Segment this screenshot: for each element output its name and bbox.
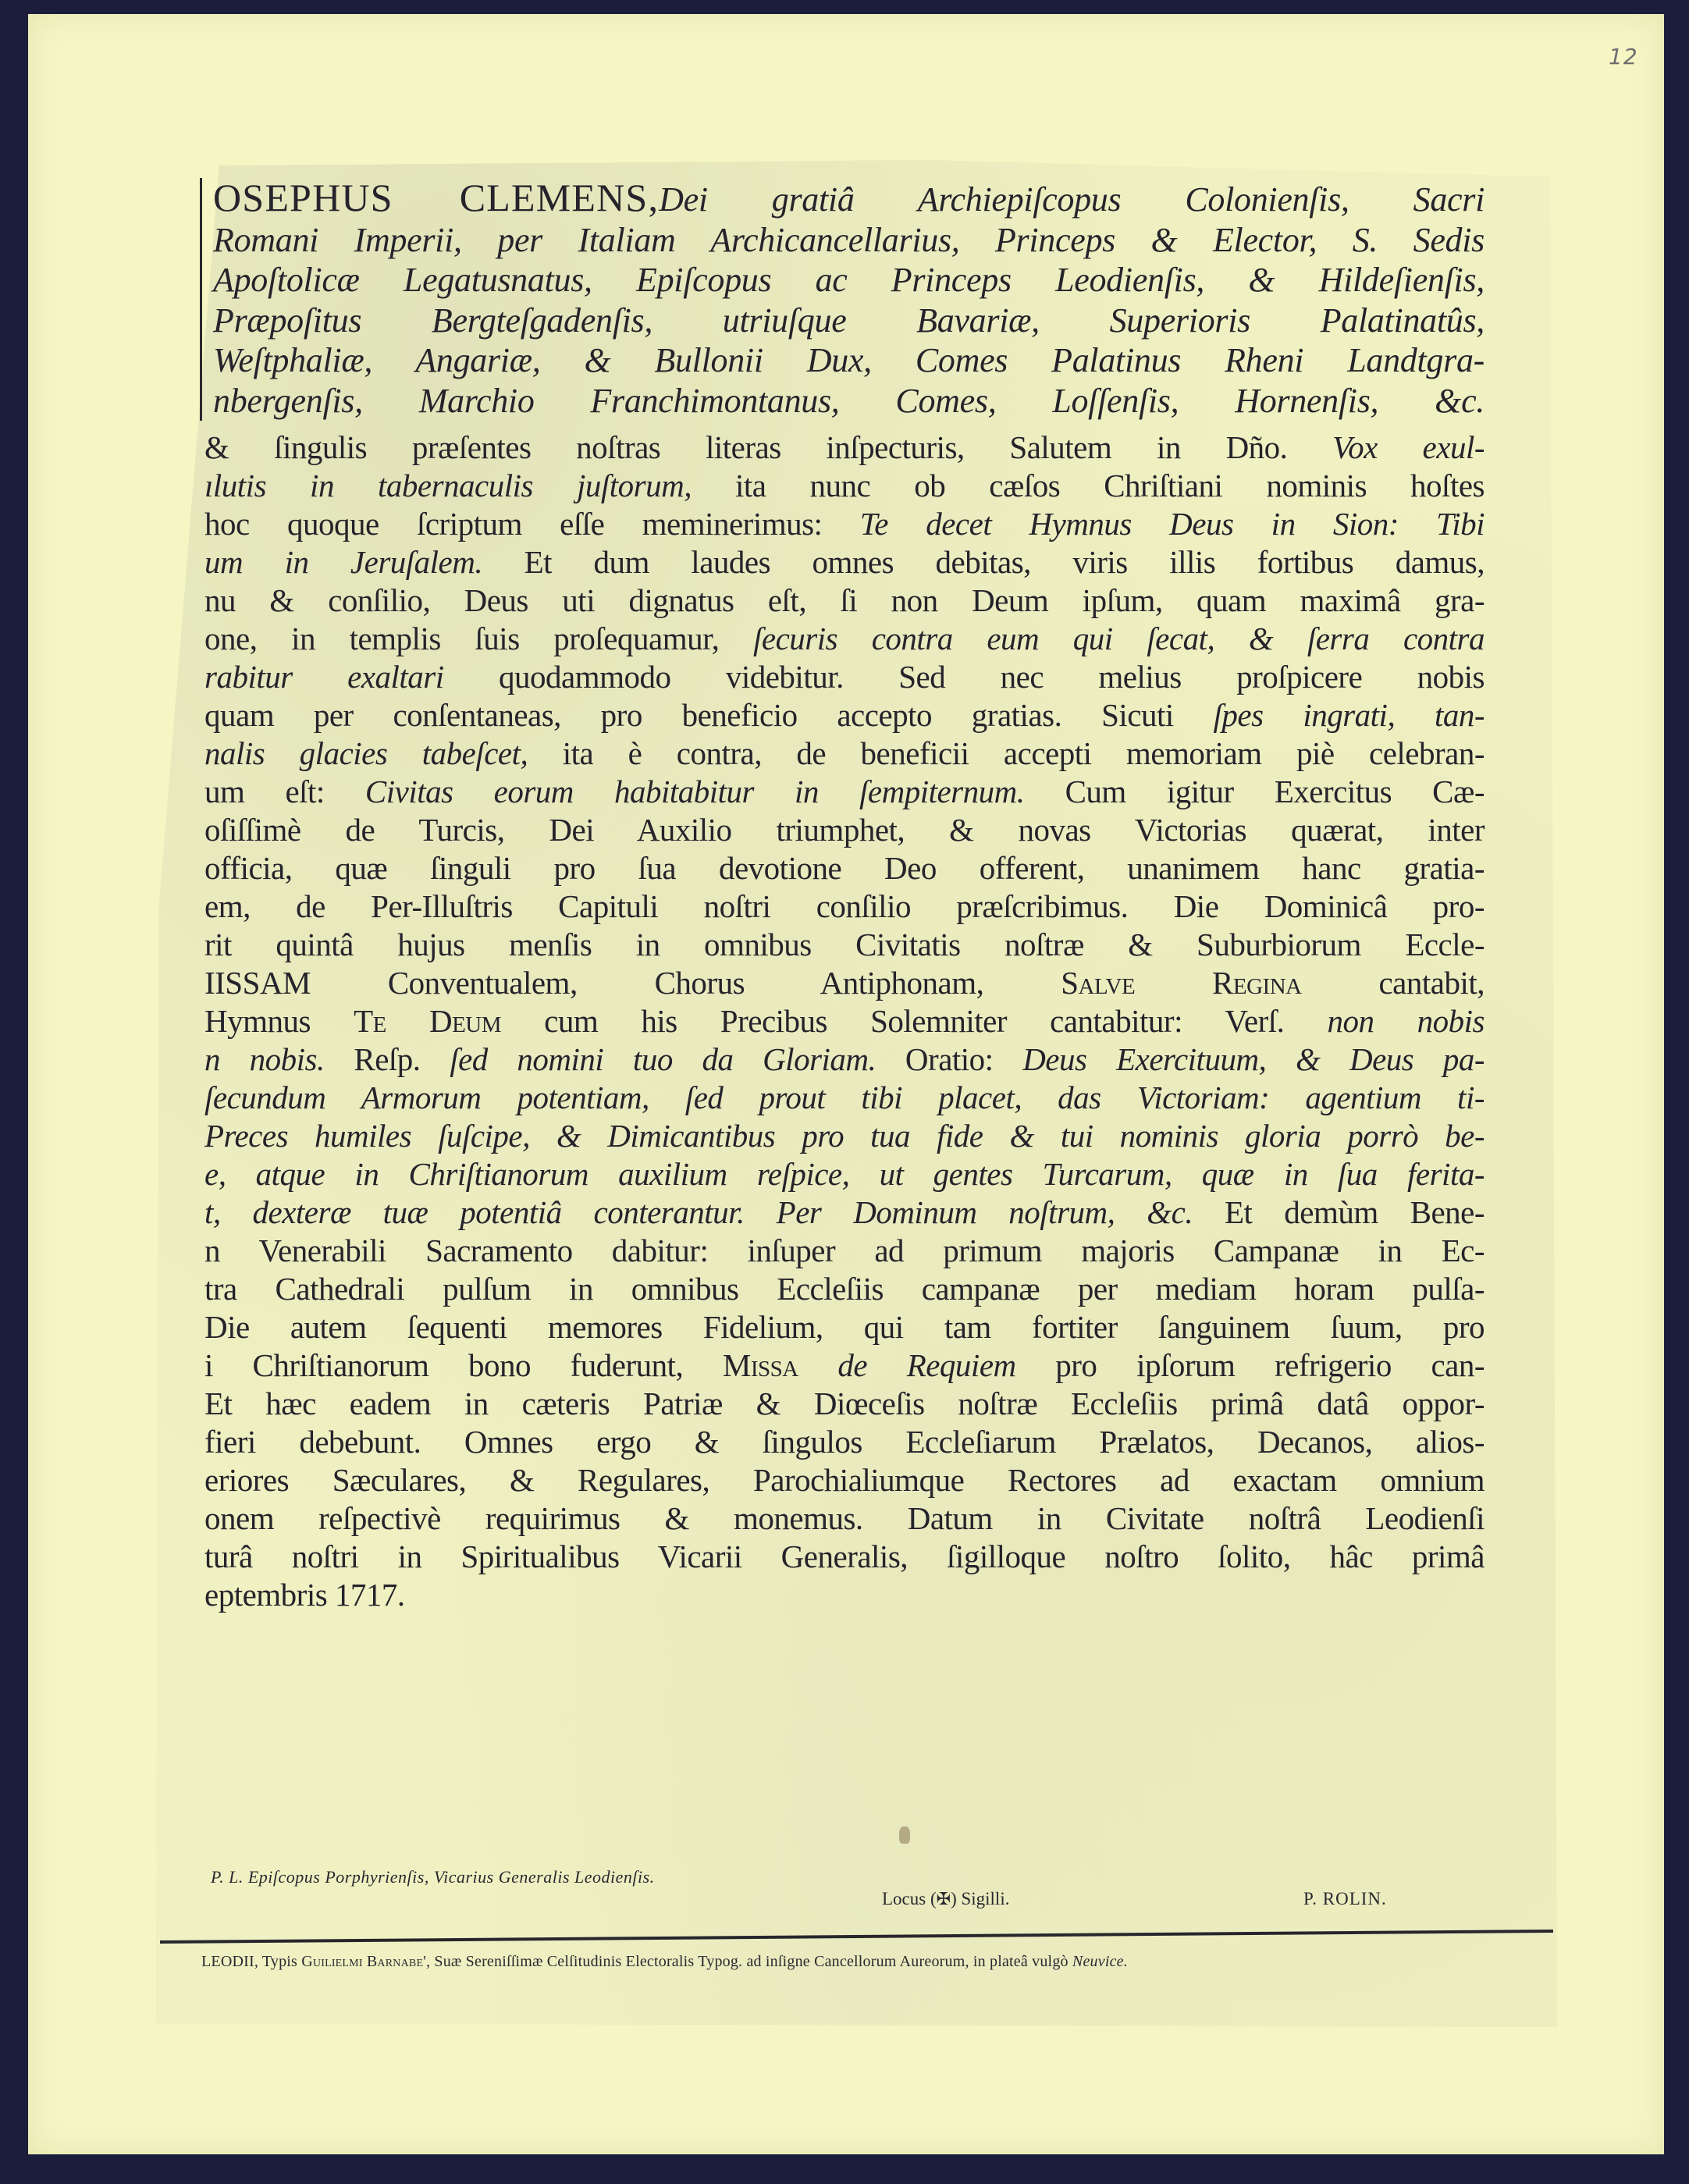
- heading-line-1-text: Dei gratiâ Archiepiſcopus Colonienſis, S…: [659, 180, 1485, 219]
- body-line: onem reſpectivè requirimus & monemus. Da…: [204, 1499, 1485, 1538]
- italic-text: Te decet Hymnus Deus in Sion: Tibi: [860, 506, 1485, 542]
- roman-text: fieri debebunt. Omnes ergo & ſingulos Ec…: [204, 1424, 1485, 1460]
- body-line: um in Jeruſalem. Et dum laudes omnes deb…: [204, 543, 1485, 582]
- seal-location: Locus (✠) Sigilli.: [882, 1889, 1009, 1909]
- body-line: one, in templis ſuis proſequamur, ſecuri…: [204, 620, 1485, 658]
- italic-text: rabitur exaltari: [204, 659, 444, 695]
- italic-text: Civitas eorum habitabitur in ſempiternum…: [365, 774, 1025, 809]
- italic-text: ſecuris contra eum qui ſecat, & ſerra co…: [753, 621, 1485, 656]
- body-line: ılutis in tabernaculis juſtorum, ita nun…: [204, 467, 1485, 505]
- roman-text: Cum igitur Exercitus Cæ-: [1025, 774, 1485, 809]
- body-line: fieri debebunt. Omnes ergo & ſingulos Ec…: [204, 1423, 1485, 1461]
- roman-text: Die autem ſequenti memores Fidelium, qui…: [204, 1309, 1485, 1345]
- paper-stain: [899, 1827, 910, 1844]
- roman-text: tra Cathedrali pulſum in omnibus Eccleſi…: [204, 1271, 1485, 1307]
- body-line: eriores Sæculares, & Regulares, Parochia…: [204, 1461, 1485, 1499]
- elector-name: OSEPHUS CLEMENS,: [213, 176, 659, 219]
- imprint-details: , Suæ Sereniſſimæ Celſitudinis Electoral…: [426, 1953, 1072, 1970]
- roman-text: Et dum laudes omnes debitas, viris illis…: [482, 544, 1485, 580]
- small-caps-text: Salve Regina: [1061, 965, 1301, 1001]
- italic-text: ſecundum Armorum potentiam, ſed prout ti…: [204, 1080, 1485, 1115]
- body-line: i Chriſtianorum bono fuderunt, Missa de …: [204, 1346, 1485, 1385]
- vicar-general-signature: P. L. Epiſcopus Porphyrienſis, Vicarius …: [211, 1867, 655, 1887]
- body-line: oſiſſimè de Turcis, Dei Auxilio triumphe…: [204, 811, 1485, 849]
- italic-text: nalis glacies tabeſcet,: [204, 735, 528, 771]
- body-line: nalis glacies tabeſcet, ita è contra, de…: [204, 735, 1485, 773]
- body-line: n nobis. Reſp. ſed nomini tuo da Gloriam…: [204, 1040, 1485, 1079]
- body-line: t, dexteræ tuæ potentiâ conterantur. Per…: [204, 1193, 1485, 1232]
- italic-text: e, atque in Chriſtianorum auxilium reſpi…: [204, 1156, 1485, 1192]
- roman-text: eptembris 1717.: [204, 1577, 405, 1613]
- roman-text: nu & conſilio, Deus uti dignatus eſt, ſi…: [204, 582, 1485, 618]
- roman-text: cantabit,: [1302, 965, 1485, 1001]
- roman-text: em, de Per-Illuſtris Capituli noſtri con…: [204, 888, 1485, 924]
- body-line: officia, quæ ſinguli pro ſua devotione D…: [204, 849, 1485, 887]
- heading-line-5: Weſtphaliæ, Angariæ, & Bullonii Dux, Com…: [213, 340, 1485, 381]
- body-line: & ſingulis præſentes noſtras literas inſ…: [204, 429, 1485, 467]
- body-line: Hymnus Te Deum cum his Precibus Solemnit…: [204, 1002, 1485, 1040]
- roman-text: i Chriſtianorum bono fuderunt,: [204, 1347, 723, 1383]
- body-line: ſecundum Armorum potentiam, ſed prout ti…: [204, 1079, 1485, 1117]
- secretary-signature: P. ROLIN.: [1303, 1889, 1387, 1909]
- roman-text: Hymnus: [204, 1003, 354, 1039]
- body-line: hoc quoque ſcriptum eſſe meminerimus: Te…: [204, 505, 1485, 543]
- roman-text: one, in templis ſuis proſequamur,: [204, 621, 753, 656]
- roman-text: rit quintâ hujus menſis in omnibus Civit…: [204, 927, 1485, 962]
- italic-text: Vox exul-: [1332, 429, 1485, 465]
- body-line: tra Cathedrali pulſum in omnibus Eccleſi…: [204, 1270, 1485, 1308]
- body-line: Et hæc eadem in cæteris Patriæ & Diœceſi…: [204, 1385, 1485, 1423]
- roman-text: Et hæc eadem in cæteris Patriæ & Diœceſi…: [204, 1385, 1485, 1421]
- italic-text: ſpes ingrati, tan-: [1214, 697, 1485, 733]
- italic-text: n nobis.: [204, 1041, 325, 1077]
- seal-label-after: ) Sigilli.: [951, 1889, 1009, 1908]
- roman-text: Reſp.: [325, 1041, 450, 1077]
- body-line: nu & conſilio, Deus uti dignatus eſt, ſi…: [204, 582, 1485, 620]
- body-line: em, de Per-Illuſtris Capituli noſtri con…: [204, 887, 1485, 926]
- italic-text: non nobis: [1328, 1003, 1485, 1039]
- roman-text: officia, quæ ſinguli pro ſua devotione D…: [204, 850, 1485, 886]
- roman-text: turâ noſtri in Spiritualibus Vicarii Gen…: [204, 1538, 1485, 1574]
- roman-text: pro ipſorum refrigerio can-: [1016, 1347, 1485, 1383]
- roman-text: ita nunc ob cæſos Chriſtiani nominis hoſ…: [692, 468, 1485, 503]
- heading-line-6: nbergenſis, Marchio Franchimontanus, Com…: [213, 381, 1485, 422]
- heading-line-3: Apoſtolicæ Legatusnatus, Epiſcopus ac Pr…: [213, 260, 1485, 301]
- roman-text: eriores Sæculares, & Regulares, Parochia…: [204, 1462, 1485, 1498]
- archive-folio-number: 12: [1609, 44, 1638, 69]
- roman-text: Oratio:: [876, 1041, 1022, 1077]
- body-line: rit quintâ hujus menſis in omnibus Civit…: [204, 926, 1485, 964]
- italic-text: t, dexteræ tuæ potentiâ conterantur. Per…: [204, 1194, 1193, 1230]
- roman-text: Et demùm Bene-: [1193, 1194, 1485, 1230]
- italic-text: um in Jeruſalem.: [204, 544, 482, 580]
- document-text: OSEPHUS CLEMENS,Dei gratiâ Archiepiſcopu…: [204, 178, 1485, 1614]
- italic-text: de Requiem: [798, 1347, 1016, 1383]
- imprint-place: LEODII, Typis: [201, 1953, 301, 1970]
- roman-text: IISSAM Conventualem, Chorus Antiphonam,: [204, 965, 1061, 1001]
- italic-text: ſed nomini tuo da Gloriam.: [450, 1041, 876, 1077]
- body-line: eptembris 1717.: [204, 1576, 1485, 1614]
- roman-text: oſiſſimè de Turcis, Dei Auxilio triumphe…: [204, 812, 1485, 848]
- printer-imprint: LEODII, Typis Guilielmi Barnabe', Suæ Se…: [201, 1953, 1128, 1971]
- cross-seal-icon: ✠: [937, 1889, 951, 1909]
- heading-line-2: Romani Imperii, per Italiam Archicancell…: [213, 220, 1485, 261]
- heading-block: OSEPHUS CLEMENS,Dei gratiâ Archiepiſcopu…: [200, 178, 1485, 421]
- roman-text: quodammodo videbitur. Sed nec melius pro…: [444, 659, 1485, 695]
- body-line: turâ noſtri in Spiritualibus Vicarii Gen…: [204, 1538, 1485, 1576]
- imprint-printer-name: Guilielmi Barnabe': [301, 1953, 426, 1970]
- body-line: n Venerabili Sacramento dabitur: inſuper…: [204, 1232, 1485, 1270]
- roman-text: quam per conſentaneas, pro beneficio acc…: [204, 697, 1214, 733]
- roman-text: um eſt:: [204, 774, 365, 809]
- body-line: rabitur exaltari quodammodo videbitur. S…: [204, 658, 1485, 696]
- roman-text: n Venerabili Sacramento dabitur: inſuper…: [204, 1233, 1485, 1268]
- imprint-street: Neuvice.: [1072, 1953, 1128, 1970]
- body-line: e, atque in Chriſtianorum auxilium reſpi…: [204, 1155, 1485, 1193]
- italic-text: Preces humiles ſuſcipe, & Dimicantibus p…: [204, 1118, 1485, 1154]
- body-line: quam per conſentaneas, pro beneficio acc…: [204, 696, 1485, 735]
- body-line: IISSAM Conventualem, Chorus Antiphonam, …: [204, 964, 1485, 1002]
- body-text: & ſingulis præſentes noſtras literas inſ…: [204, 429, 1485, 1614]
- seal-label-before: Locus (: [882, 1889, 937, 1908]
- small-caps-text: Te Deum: [354, 1003, 501, 1039]
- body-line: Preces humiles ſuſcipe, & Dimicantibus p…: [204, 1117, 1485, 1155]
- italic-text: ılutis in tabernaculis juſtorum,: [204, 468, 692, 503]
- roman-text: onem reſpectivè requirimus & monemus. Da…: [204, 1500, 1485, 1536]
- body-line: Die autem ſequenti memores Fidelium, qui…: [204, 1308, 1485, 1346]
- heading-line-1: OSEPHUS CLEMENS,Dei gratiâ Archiepiſcopu…: [213, 178, 1485, 220]
- roman-text: & ſingulis præſentes noſtras literas inſ…: [204, 429, 1332, 465]
- roman-text: hoc quoque ſcriptum eſſe meminerimus:: [204, 506, 860, 542]
- small-caps-text: Missa: [723, 1347, 798, 1383]
- heading-line-4: Præpoſitus Bergteſgadenſis, utriuſque Ba…: [213, 301, 1485, 341]
- signature-block: P. L. Epiſcopus Porphyrienſis, Vicarius …: [211, 1867, 1475, 1914]
- body-line: um eſt: Civitas eorum habitabitur in ſem…: [204, 773, 1485, 811]
- italic-text: Deus Exercituum, & Deus pa-: [1022, 1041, 1485, 1077]
- roman-text: cum his Precibus Solemniter cantabitur: …: [501, 1003, 1328, 1039]
- roman-text: ita è contra, de beneficii accepti memor…: [528, 735, 1485, 771]
